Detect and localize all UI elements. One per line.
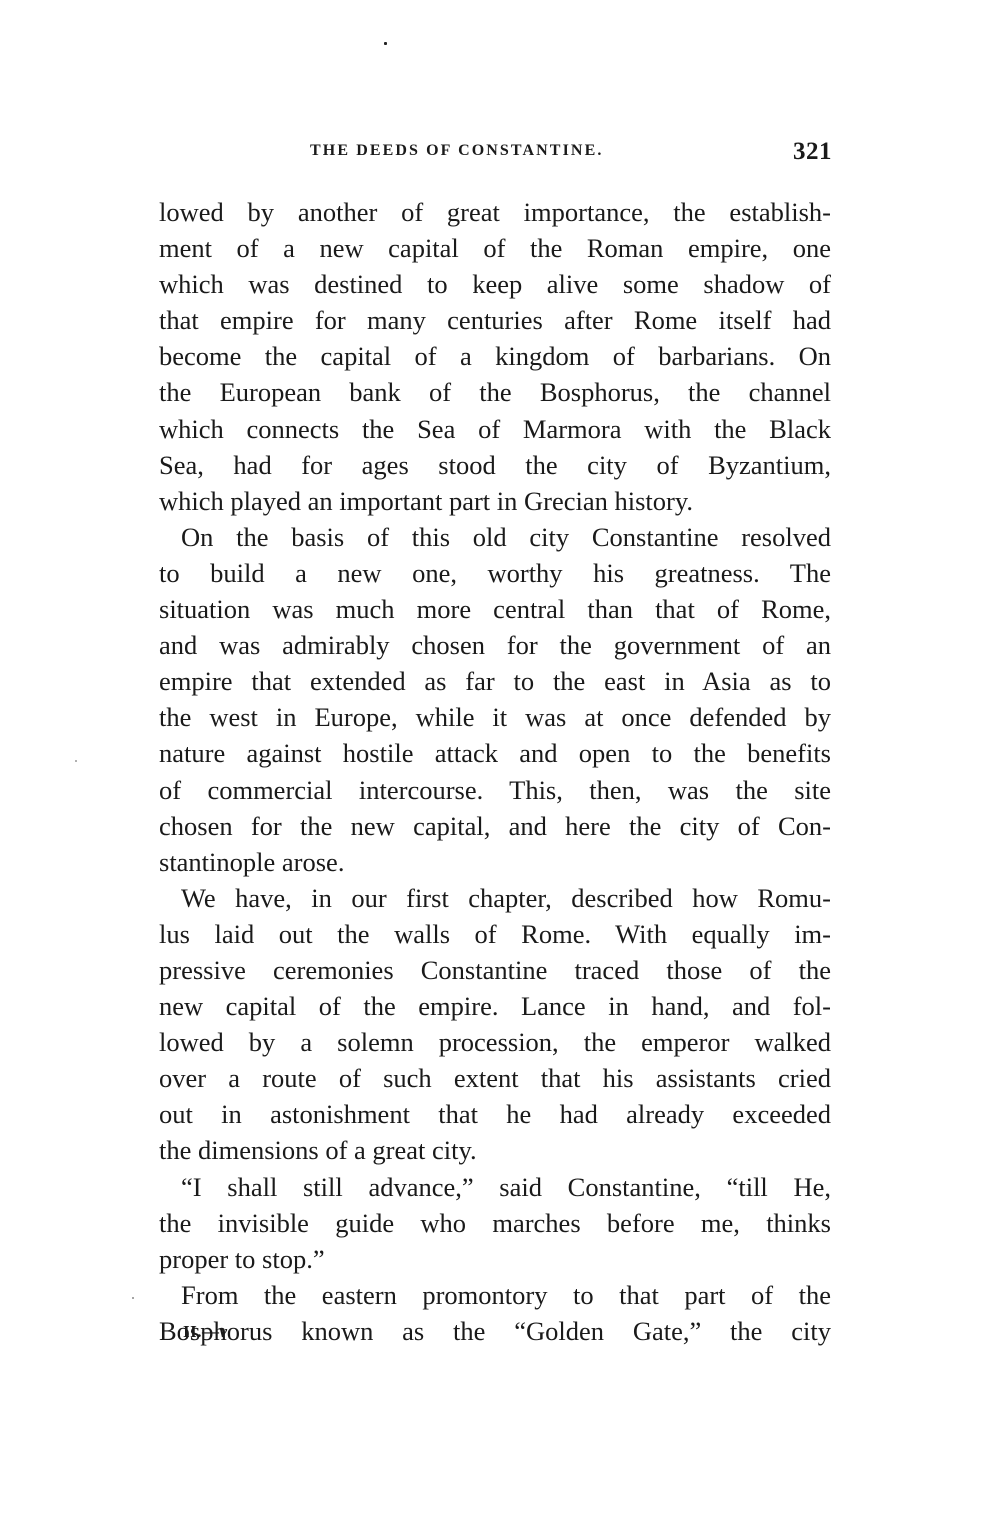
text-line: the invisible guide who marches before m… (159, 1205, 831, 1241)
page-number: 321 (793, 138, 832, 166)
text-line: On the basis of this old city Constantin… (159, 519, 831, 555)
signature-volume: II.— (183, 1322, 219, 1341)
signature-mark: II.—v (183, 1322, 228, 1342)
text-line: out in astonishment that he had already … (159, 1096, 831, 1132)
text-line: proper to stop.” (159, 1241, 831, 1277)
text-line: lus laid out the walls of Rome. With equ… (159, 916, 831, 952)
text-line: of commercial intercourse. This, then, w… (159, 772, 831, 808)
running-title: THE DEEDS OF CONSTANTINE. (310, 142, 603, 160)
body-text: lowed by another of great importance, th… (159, 194, 831, 1349)
text-line: situation was much more central than tha… (159, 591, 831, 627)
text-line: “I shall still advance,” said Constantin… (159, 1169, 831, 1205)
text-line: which played an important part in Grecia… (159, 483, 831, 519)
text-line: nature against hostile attack and open t… (159, 735, 831, 771)
text-line: stantinople arose. (159, 844, 831, 880)
text-line: which was destined to keep alive some sh… (159, 266, 831, 302)
text-line: the dimensions of a great city. (159, 1132, 831, 1168)
paragraph: lowed by another of great importance, th… (159, 194, 831, 519)
text-line: We have, in our first chapter, described… (159, 880, 831, 916)
stray-ink-mark (384, 42, 387, 45)
text-line: to build a new one, worthy his greatness… (159, 555, 831, 591)
text-line: which connects the Sea of Marmora with t… (159, 411, 831, 447)
paragraph: From the eastern promontory to that part… (159, 1277, 831, 1349)
quotation-paragraph: “I shall still advance,” said Constantin… (159, 1169, 831, 1277)
paragraph: On the basis of this old city Constantin… (159, 519, 831, 880)
text-line: From the eastern promontory to that part… (159, 1277, 831, 1313)
paragraph: We have, in our first chapter, described… (159, 880, 831, 1169)
text-line: ment of a new capital of the Roman empir… (159, 230, 831, 266)
text-line: that empire for many centuries after Rom… (159, 302, 831, 338)
stray-ink-mark (75, 760, 77, 762)
text-line: empire that extended as far to the east … (159, 663, 831, 699)
text-line: chosen for the new capital, and here the… (159, 808, 831, 844)
text-line: new capital of the empire. Lance in hand… (159, 988, 831, 1024)
text-line: and was admirably chosen for the governm… (159, 627, 831, 663)
signature-letter: v (219, 1322, 227, 1341)
book-page: THE DEEDS OF CONSTANTINE. 321 lowed by a… (0, 0, 1000, 1540)
text-line: Bosphorus known as the “Golden Gate,” th… (159, 1313, 831, 1349)
text-line: over a route of such extent that his ass… (159, 1060, 831, 1096)
running-head: THE DEEDS OF CONSTANTINE. 321 (310, 138, 832, 168)
text-line: pressive ceremonies Constantine traced t… (159, 952, 831, 988)
text-line: the European bank of the Bosphorus, the … (159, 374, 831, 410)
text-line: lowed by another of great importance, th… (159, 194, 831, 230)
text-line: lowed by a solemn procession, the empero… (159, 1024, 831, 1060)
text-line: Sea, had for ages stood the city of Byza… (159, 447, 831, 483)
text-line: the west in Europe, while it was at once… (159, 699, 831, 735)
stray-ink-mark (132, 1297, 134, 1299)
text-line: become the capital of a kingdom of barba… (159, 338, 831, 374)
